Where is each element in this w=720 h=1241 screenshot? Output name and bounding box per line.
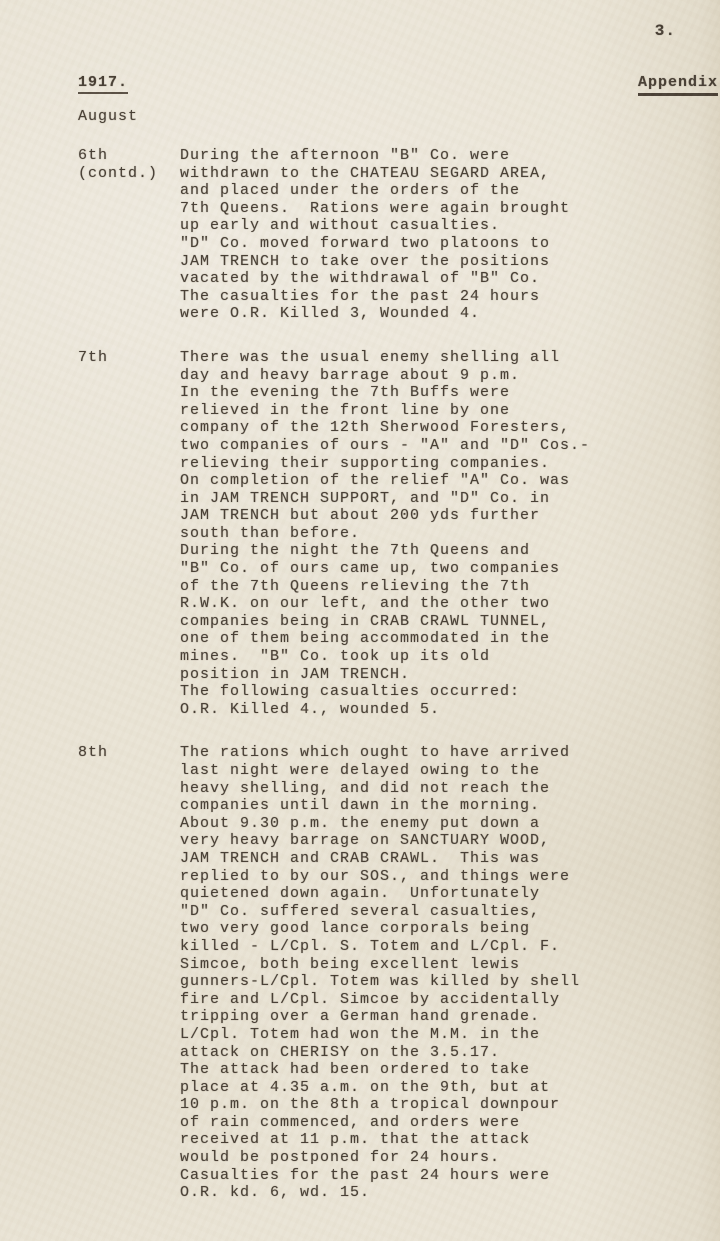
year-heading: 1917. <box>78 74 128 94</box>
diary-entry: 8th The rations which ought to have arri… <box>78 744 638 1201</box>
page-header: 1917. Appendix <box>78 74 718 96</box>
entry-text: There was the usual enemy shelling all d… <box>180 349 638 718</box>
entry-date: 8th <box>78 744 180 762</box>
month-heading: August <box>78 108 138 125</box>
entry-date: 6th (contd.) <box>78 147 180 182</box>
diary-entry: 7th There was the usual enemy shelling a… <box>78 349 638 718</box>
diary-page: 3. 1917. Appendix August 6th (contd.) Du… <box>0 0 720 1241</box>
entry-text: The rations which ought to have arrived … <box>180 744 638 1201</box>
diary-entries: 6th (contd.) During the afternoon "B" Co… <box>78 147 638 1202</box>
diary-entry: 6th (contd.) During the afternoon "B" Co… <box>78 147 638 323</box>
page-number: 3. <box>655 22 676 40</box>
entry-text: During the afternoon "B" Co. were withdr… <box>180 147 638 323</box>
appendix-heading: Appendix <box>638 74 718 96</box>
entry-date: 7th <box>78 349 180 367</box>
